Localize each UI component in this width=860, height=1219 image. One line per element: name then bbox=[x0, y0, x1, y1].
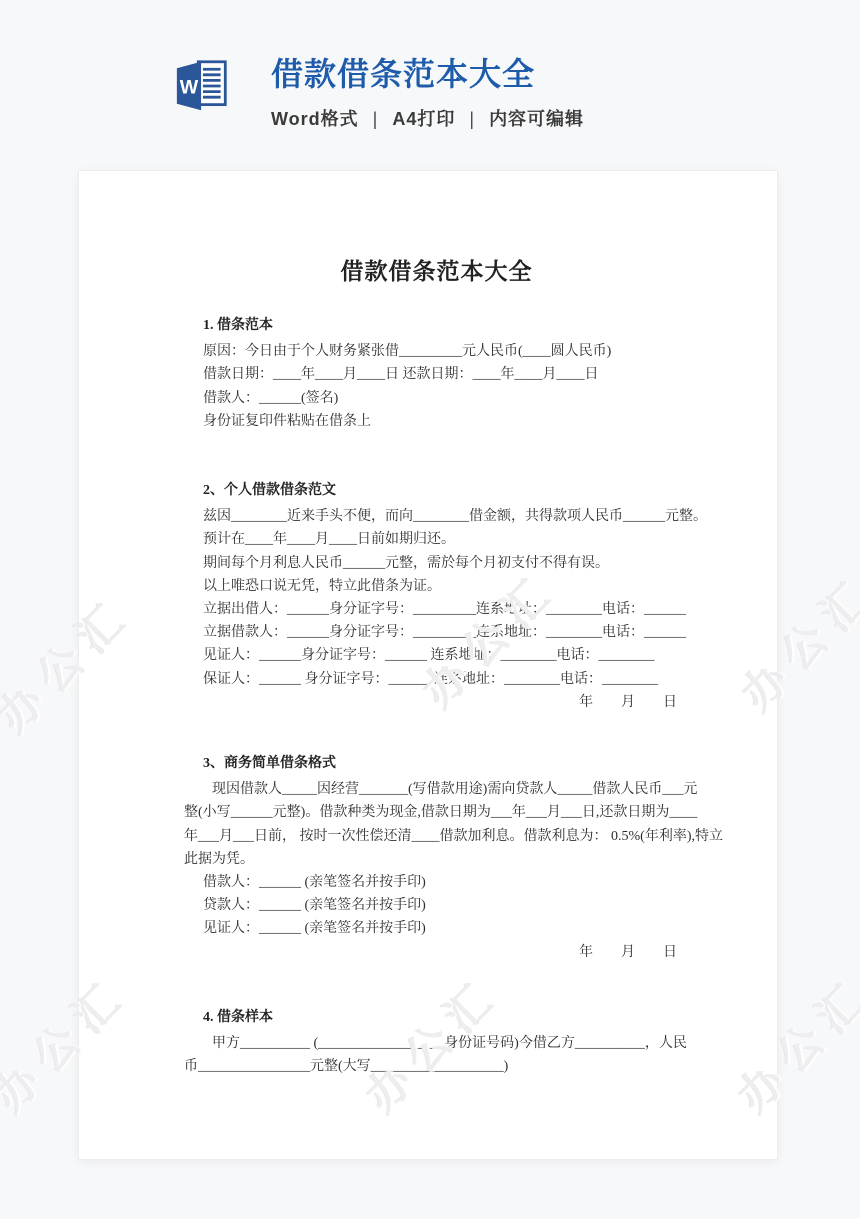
date-line: 年 月 日 bbox=[184, 941, 689, 964]
word-file-icon-graphic: W bbox=[175, 55, 229, 117]
doc-line: 原因：今日由于个人财务紧张借_________元人民币(____圆人民币) bbox=[203, 340, 689, 363]
doc-line: 期间每个月利息人民币______元整，需於每个月初支付不得有误。 bbox=[203, 552, 689, 575]
section-business-loan-note: 3、商务简单借条格式 现因借款人_____因经营_______(写借款用途)需向… bbox=[184, 752, 689, 964]
date-line: 年 月 日 bbox=[184, 691, 689, 714]
doc-line: 以上唯恐口说无凭，特立此借条为证。 bbox=[203, 575, 689, 598]
document-title: 借款借条范本大全 bbox=[184, 257, 689, 287]
meta-separator: | bbox=[373, 109, 379, 129]
doc-line: 借款人：______(签名) bbox=[203, 387, 689, 410]
doc-line: 贷款人：______ (亲笔签名并按手印) bbox=[203, 894, 689, 917]
doc-line: 预计在____年____月____日前如期归还。 bbox=[203, 528, 689, 551]
section-personal-loan-note: 2、个人借款借条范文 兹因________近来手头不便，而向________借金… bbox=[184, 479, 689, 714]
doc-line: 身份证复印件粘贴在借条上 bbox=[203, 410, 689, 433]
doc-line: 立据借款人：______身分证字号：_________连系地址：________… bbox=[203, 621, 689, 644]
document-preview-page: 借款借条范本大全 1. 借条范本 原因：今日由于个人财务紧张借_________… bbox=[78, 170, 778, 1160]
doc-line: 币________________元整(大写__________________… bbox=[184, 1055, 689, 1078]
doc-line: 现因借款人_____因经营_______(写借款用途)需向贷款人_____借款人… bbox=[184, 778, 689, 801]
meta-print: A4打印 bbox=[392, 109, 455, 129]
meta-format: Word格式 bbox=[271, 109, 359, 129]
doc-line: 借款人：______ (亲笔签名并按手印) bbox=[203, 871, 689, 894]
header-text: 借款借条范本大全 Word格式|A4打印|内容可编辑 bbox=[271, 55, 584, 131]
section-heading: 3、商务简单借条格式 bbox=[203, 752, 689, 775]
page-background: W 借款借条范本大全 Word格式|A4打印|内容可编辑 借款借条范本大全 1.… bbox=[0, 0, 860, 1219]
doc-line: 整(小写______元整)。借款种类为现金,借款日期为___年___月___日,… bbox=[184, 801, 689, 824]
doc-line: 立据出借人：______身分证字号：_________连系地址：________… bbox=[203, 598, 689, 621]
section-loan-note-template: 1. 借条范本 原因：今日由于个人财务紧张借_________元人民币(____… bbox=[184, 314, 689, 433]
section-heading: 2、个人借款借条范文 bbox=[203, 479, 689, 502]
section-loan-note-sample: 4. 借条样本 甲方__________ (__________________… bbox=[184, 1006, 689, 1079]
header: W 借款借条范本大全 Word格式|A4打印|内容可编辑 bbox=[175, 55, 584, 131]
doc-line: 兹因________近来手头不便，而向________借金额，共得款项人民币__… bbox=[203, 505, 689, 528]
file-meta: Word格式|A4打印|内容可编辑 bbox=[271, 105, 584, 131]
doc-line: 见证人：______身分证字号：______ 连系地址：________电话：_… bbox=[203, 644, 689, 667]
meta-editable: 内容可编辑 bbox=[489, 109, 584, 129]
doc-line: 此据为凭。 bbox=[184, 848, 689, 871]
doc-line: 借款日期：____年____月____日 还款日期：____年____月____… bbox=[203, 363, 689, 386]
doc-line: 保证人：______ 身分证字号：______ 连系地址：________电话：… bbox=[203, 668, 689, 691]
page-title: 借款借条范本大全 bbox=[271, 55, 584, 93]
doc-line: 见证人：______ (亲笔签名并按手印) bbox=[203, 917, 689, 940]
doc-line: 甲方__________ (__________________身份证号码)今借… bbox=[184, 1032, 689, 1055]
section-heading: 1. 借条范本 bbox=[203, 314, 689, 337]
meta-separator: | bbox=[469, 109, 475, 129]
section-heading: 4. 借条样本 bbox=[203, 1006, 689, 1029]
word-file-icon: W bbox=[175, 55, 229, 117]
word-icon-letter: W bbox=[180, 76, 199, 98]
document-content: 借款借条范本大全 1. 借条范本 原因：今日由于个人财务紧张借_________… bbox=[79, 257, 777, 1078]
doc-line: 年___月___日前， 按时一次性偿还清____借款加利息。借款利息为： 0.5… bbox=[184, 825, 689, 848]
